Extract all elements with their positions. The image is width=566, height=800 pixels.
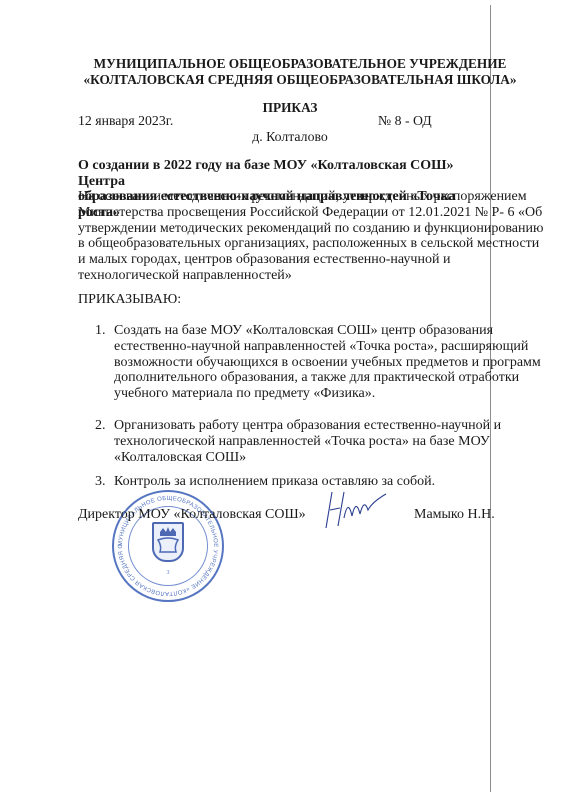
handwritten-signature-icon	[318, 488, 388, 530]
basis-line: в общеобразовательных организациях, расп…	[78, 236, 518, 252]
document-place: д. Колталово	[60, 129, 520, 145]
document-date: 12 января 2023г.	[78, 113, 173, 129]
order-item-3: 3. Контроль за исполнением приказа остав…	[78, 474, 518, 490]
stamp-number: 3	[114, 570, 222, 576]
item-line: Организовать работу центра образования е…	[114, 418, 518, 434]
director-position: Директор МОУ «Колталовская СОШ»	[78, 507, 306, 523]
order-item-1: 1. Создать на базе МОУ «Колталовская СОШ…	[78, 323, 518, 402]
director-name: Мамыко Н.Н.	[414, 507, 495, 523]
document-page: МУНИЦИПАЛЬНОЕ ОБЩЕОБРАЗОВАТЕЛЬНОЕ УЧРЕЖД…	[0, 0, 566, 800]
document-number: № 8 - ОД	[378, 113, 432, 129]
item-number: 3.	[95, 474, 106, 490]
subject-line-1: О создании в 2022 году на базе МОУ «Колт…	[78, 158, 498, 189]
header-line-2: «КОЛТАЛОВСКАЯ СРЕДНЯЯ ОБЩЕОБРАЗОВАТЕЛЬНА…	[80, 72, 520, 88]
header-line-1: МУНИЦИПАЛЬНОЕ ОБЩЕОБРАЗОВАТЕЛЬНОЕ УЧРЕЖД…	[80, 56, 520, 72]
item-number: 2.	[95, 418, 106, 434]
order-word: ПРИКАЗЫВАЮ:	[78, 292, 181, 308]
institution-header: МУНИЦИПАЛЬНОЕ ОБЩЕОБРАЗОВАТЕЛЬНОЕ УЧРЕЖД…	[80, 56, 520, 88]
coat-of-arms-icon	[152, 522, 184, 562]
order-basis: На основании методических рекомендаций, …	[78, 189, 518, 284]
item-line: технологической направленностей «Точка р…	[114, 434, 518, 450]
item-line: Создать на базе МОУ «Колталовская СОШ» ц…	[114, 323, 518, 339]
basis-line: и малых городах, центров образования ест…	[78, 252, 518, 268]
item-line: Контроль за исполнением приказа оставляю…	[114, 474, 518, 490]
order-item-2: 2. Организовать работу центра образовани…	[78, 418, 518, 465]
item-line: возможности обучающихся в освоении учебн…	[114, 355, 518, 371]
item-line: дополнительного образования, а также для…	[114, 370, 518, 386]
basis-line: технологической направленностей»	[78, 268, 518, 284]
item-line: учебного материала по предмету «Физика».	[114, 386, 518, 402]
item-number: 1.	[95, 323, 106, 339]
item-line: «Колталовская СОШ»	[114, 450, 518, 466]
item-line: естественно-научной направленностей «Точ…	[114, 339, 518, 355]
basis-line: Министерства просвещения Российской Феде…	[78, 205, 518, 221]
basis-line: утверждении методических рекомендаций по…	[78, 221, 518, 237]
basis-line: На основании методических рекомендаций, …	[78, 189, 518, 205]
